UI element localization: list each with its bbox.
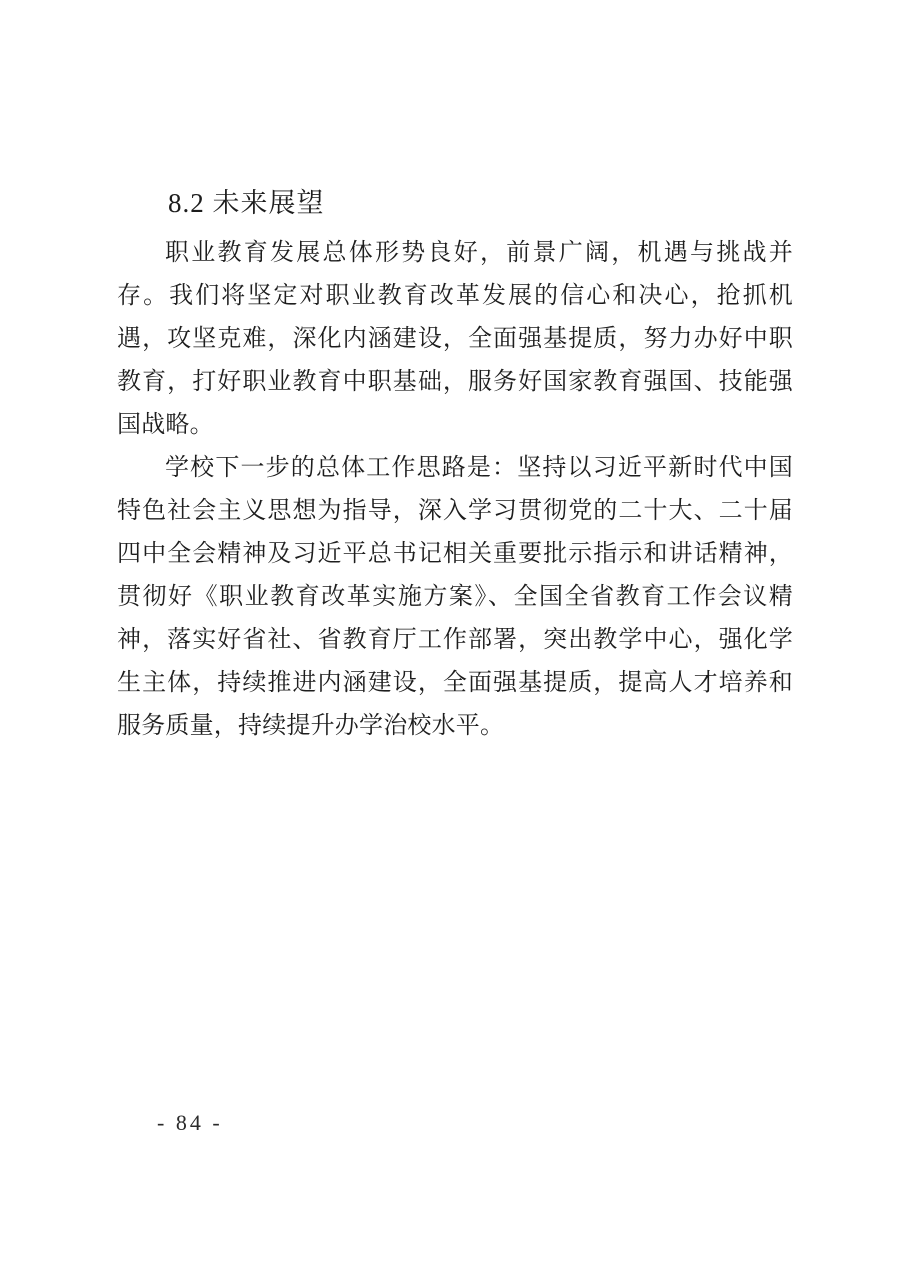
paragraph: 职业教育发展总体形势良好，前景广阔，机遇与挑战并存。我们将坚定对职业教育改革发展… xyxy=(117,232,793,447)
section-heading: 8.2 未来展望 xyxy=(168,181,793,225)
page-number: - 84 - xyxy=(157,1110,223,1136)
document-page: 8.2 未来展望 职业教育发展总体形势良好，前景广阔，机遇与挑战并存。我们将坚定… xyxy=(0,0,900,1273)
page-content: 8.2 未来展望 职业教育发展总体形势良好，前景广阔，机遇与挑战并存。我们将坚定… xyxy=(117,181,793,748)
paragraph: 学校下一步的总体工作思路是：坚持以习近平新时代中国特色社会主义思想为指导，深入学… xyxy=(117,447,793,748)
